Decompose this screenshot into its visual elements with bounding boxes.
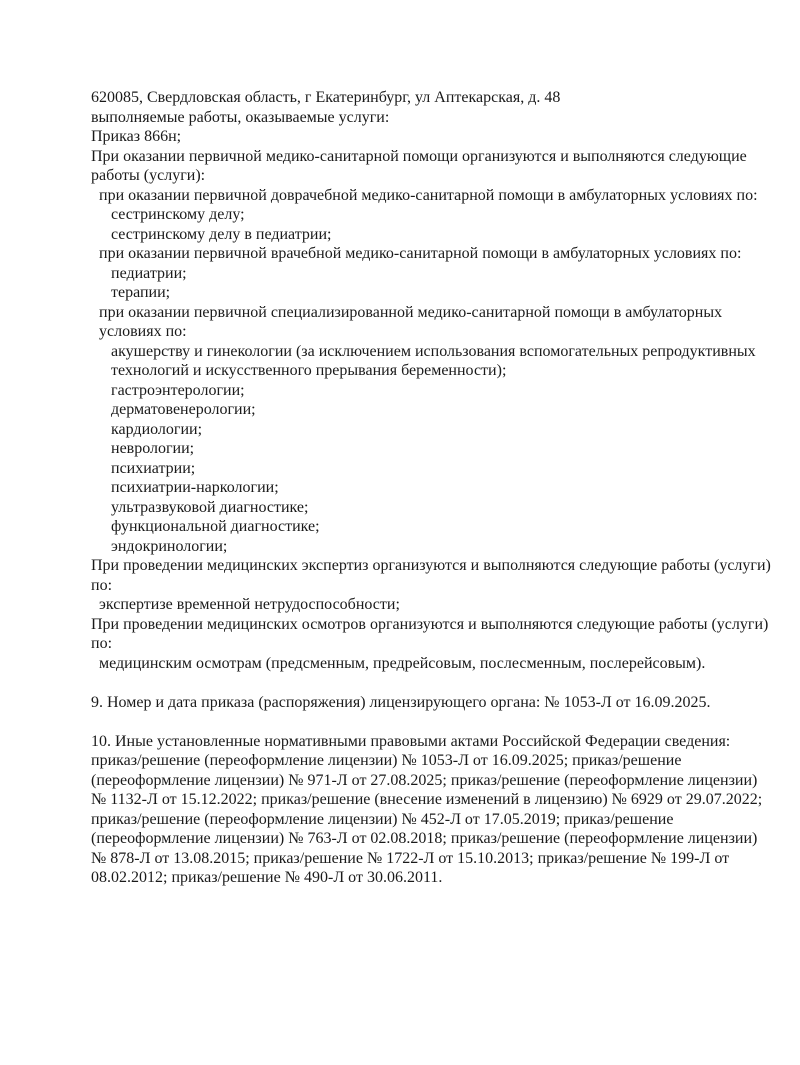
list-item: педиатрии; [91, 264, 771, 284]
list-item: дерматовенерологии; [91, 400, 771, 420]
list-item: психиатрии-наркологии; [91, 478, 771, 498]
examinations-list: медицинским осмотрам (предсменным, предр… [91, 654, 771, 674]
expertise-list: экспертизе временной нетрудоспособности; [91, 595, 771, 615]
spacer [91, 673, 771, 693]
list-item: кардиологии; [91, 420, 771, 440]
list-item: медицинским осмотрам (предсменным, предр… [91, 654, 771, 674]
list-item: ультразвуковой диагностике; [91, 498, 771, 518]
list-item: акушерству и гинекологии (за исключением… [91, 342, 771, 381]
list-item: функциональной диагностике; [91, 517, 771, 537]
primary-care-heading: При оказании первичной медико-санитарной… [91, 147, 771, 186]
spacer [91, 712, 771, 732]
specialized-list: акушерству и гинекологии (за исключением… [91, 342, 771, 557]
list-item: неврологии; [91, 439, 771, 459]
list-item: экспертизе временной нетрудоспособности; [91, 595, 771, 615]
list-item: психиатрии; [91, 459, 771, 479]
section-9: 9. Номер и дата приказа (распоряжения) л… [91, 693, 771, 713]
section-10-heading: 10. Иные установленные нормативными прав… [91, 732, 771, 752]
physician-list: педиатрии;терапии; [91, 264, 771, 303]
specialized-heading: при оказании первичной специализированно… [91, 303, 771, 342]
list-item: эндокринологии; [91, 537, 771, 557]
address: 620085, Свердловская область, г Екатерин… [91, 88, 771, 108]
examinations-heading: При проведении медицинских осмотров орга… [91, 615, 771, 654]
physician-heading: при оказании первичной врачебной медико-… [91, 244, 771, 264]
prehospital-heading: при оказании первичной доврачебной медик… [91, 186, 771, 206]
document-page: 620085, Свердловская область, г Екатерин… [91, 88, 771, 888]
prehospital-list: сестринскому делу;сестринскому делу в пе… [91, 205, 771, 244]
works-label: выполняемые работы, оказываемые услуги: [91, 108, 771, 128]
list-item: сестринскому делу в педиатрии; [91, 225, 771, 245]
expertise-heading: При проведении медицинских экспертиз орг… [91, 556, 771, 595]
section-10-body: приказ/решение (переоформление лицензии)… [91, 751, 771, 888]
list-item: сестринскому делу; [91, 205, 771, 225]
list-item: гастроэнтерологии; [91, 381, 771, 401]
order-reference: Приказ 866н; [91, 127, 771, 147]
list-item: терапии; [91, 283, 771, 303]
